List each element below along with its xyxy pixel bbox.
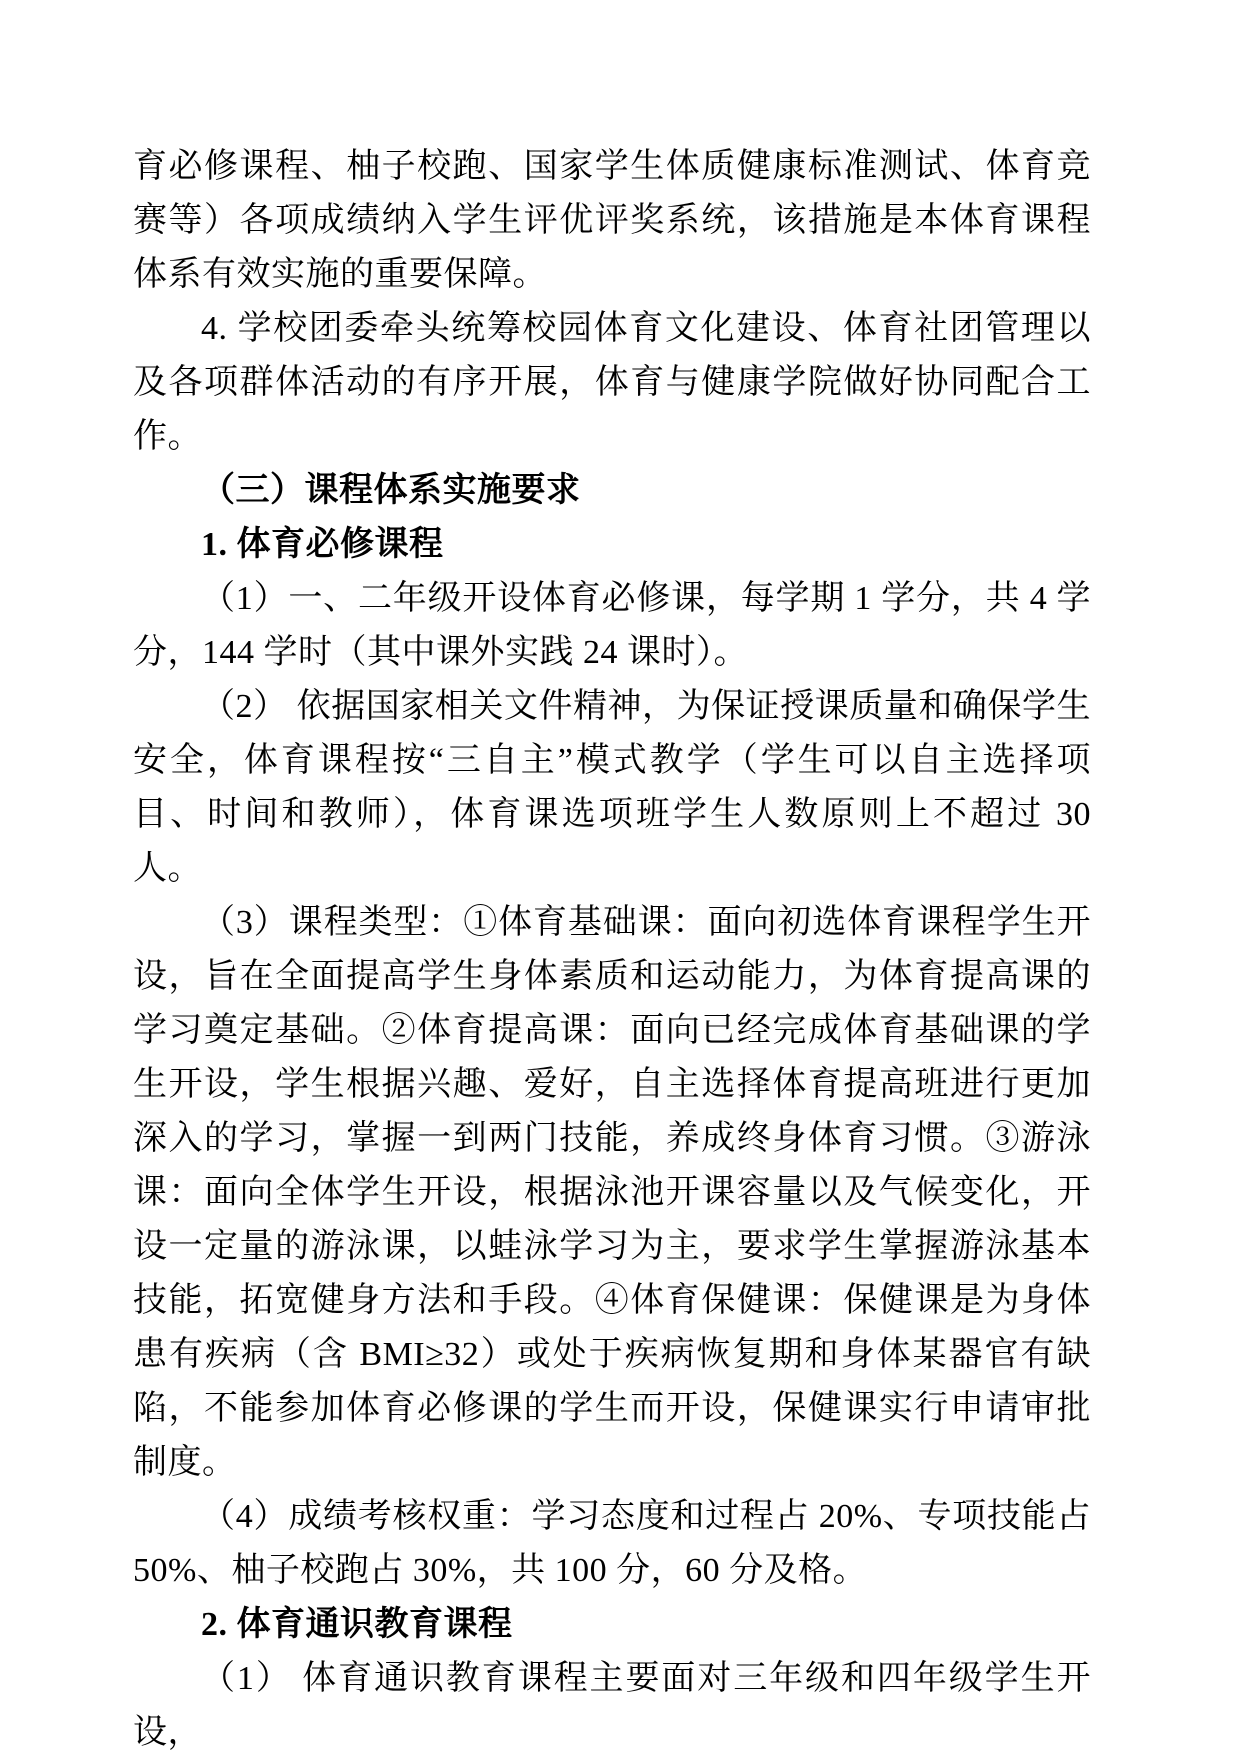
paragraph: （4）成绩考核权重：学习态度和过程占 20%、专项技能占 50%、柚子校跑占 3… [133, 1490, 1091, 1598]
paragraph: （3）课程类型：①体育基础课：面向初选体育课程学生开设，旨在全面提高学生身体素质… [133, 896, 1091, 1490]
paragraph: 育必修课程、柚子校跑、国家学生体质健康标准测试、体育竞赛等）各项成绩纳入学生评优… [133, 140, 1091, 302]
document-body: 育必修课程、柚子校跑、国家学生体质健康标准测试、体育竞赛等）各项成绩纳入学生评优… [133, 140, 1091, 1755]
section-heading: （三）课程体系实施要求 [133, 464, 1091, 518]
paragraph: （1）一、二年级开设体育必修课，每学期 1 学分，共 4 学分，144 学时（其… [133, 572, 1091, 680]
paragraph: 4. 学校团委牵头统筹校园体育文化建设、体育社团管理以及各项群体活动的有序开展，… [133, 302, 1091, 464]
section-heading: 1. 体育必修课程 [133, 518, 1091, 572]
document-page: 育必修课程、柚子校跑、国家学生体质健康标准测试、体育竞赛等）各项成绩纳入学生评优… [0, 0, 1241, 1755]
paragraph: （1） 体育通识教育课程主要面对三年级和四年级学生开设， [133, 1652, 1091, 1755]
section-heading: 2. 体育通识教育课程 [133, 1598, 1091, 1652]
paragraph: （2） 依据国家相关文件精神，为保证授课质量和确保学生安全，体育课程按“三自主”… [133, 680, 1091, 896]
